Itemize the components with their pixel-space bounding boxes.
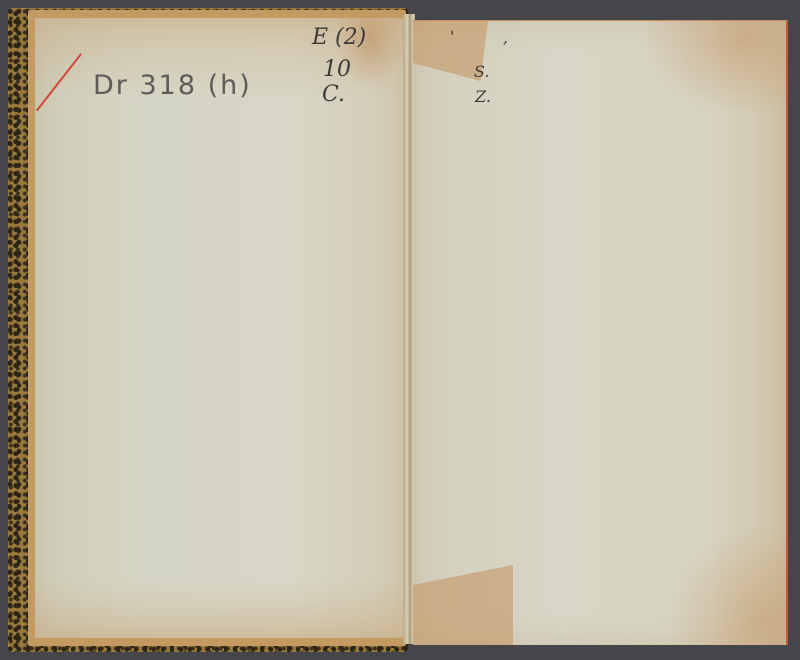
stain-bottom-right — [666, 525, 786, 645]
stain-bottom — [35, 578, 405, 638]
ink-mark-3: S. — [474, 62, 489, 81]
stain-top-right — [646, 21, 786, 111]
shelfmark-pencil: Dr 318 (h) — [93, 70, 252, 101]
ink-note-10: 10 — [323, 57, 351, 82]
ink-mark-1: ' — [450, 27, 454, 46]
scan-background: Dr 318 (h) E (2) 10 C. ' ʼ S. Z. — [0, 0, 800, 660]
ink-note-e: E (2) — [312, 25, 366, 50]
ink-note-c: C. — [322, 82, 345, 107]
flyleaf-page — [413, 20, 788, 645]
ink-mark-4: Z. — [475, 87, 491, 106]
pastedown-page — [35, 18, 406, 638]
stain-bottom-left — [413, 565, 513, 645]
ink-mark-2: ʼ — [502, 38, 507, 57]
